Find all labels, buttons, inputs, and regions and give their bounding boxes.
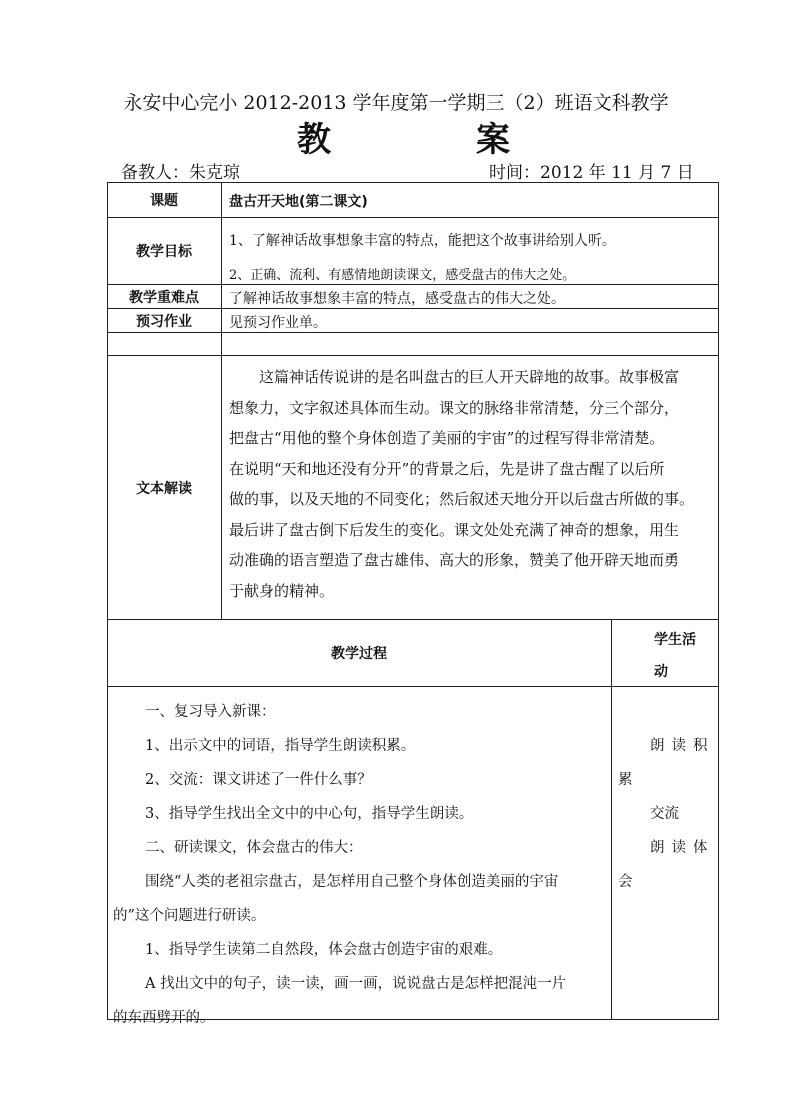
objective-2: 2、正确、流利、有感情地朗读课文，感受盘古的伟大之处。 xyxy=(229,264,575,283)
activity-line: 累 xyxy=(618,763,716,797)
student-activity-body: 朗读积 累 交流 朗读体 会 xyxy=(618,729,716,899)
text-line: 想象力，文字叙述具体而生动。课文的脉络非常清楚，分三个部分， xyxy=(229,393,713,424)
label-preview-homework: 预习作业 xyxy=(107,309,221,332)
document-title-char-1: 教 xyxy=(297,112,331,161)
process-line: 围绕“人类的老祖宗盘古，是怎样用自己整个身体创造美丽的宇宙 xyxy=(113,865,608,899)
text-line: 在说明“天和地还没有分开”的背景之后，先是讲了盘古醒了以后所 xyxy=(229,454,713,485)
process-line: 二、研读课文，体会盘古的伟大： xyxy=(113,831,608,865)
activity-line: 会 xyxy=(618,865,716,899)
process-line: 的东西劈开的。 xyxy=(113,1001,608,1035)
process-line: 3、指导学生找出全文中的中心句，指导学生朗读。 xyxy=(113,797,608,831)
process-line: 一、复习导入新课： xyxy=(113,695,608,729)
process-line: 1、指导学生读第二自然段，体会盘古创造宇宙的艰难。 xyxy=(113,933,608,967)
label-objectives: 教学目标 xyxy=(107,218,221,284)
text-analysis-paragraph: 这篇神话传说讲的是名叫盘古的巨人开天辟地的故事。故事极富 想象力，文字叙述具体而… xyxy=(229,362,713,606)
process-line: A 找出文中的句子，读一读，画一画，说说盘古是怎样把混沌一片 xyxy=(113,967,608,1001)
process-line: 1、出示文中的词语，指导学生朗读积累。 xyxy=(113,729,608,763)
document-title-char-2: 案 xyxy=(476,112,510,161)
process-line: 2、交流：课文讲述了一件什么事？ xyxy=(113,763,608,797)
preview-homework-value: 见预习作业单。 xyxy=(229,312,327,332)
student-activity-header: 学生活 动 xyxy=(612,624,718,688)
activity-line: 朗读体 xyxy=(618,831,716,865)
author-label: 备教人：朱克琼 xyxy=(121,158,240,183)
teaching-process-header: 教学过程 xyxy=(107,620,611,686)
topic-value: 盘古开天地(第二课文) xyxy=(229,191,368,211)
date-label: 时间：2012 年 11 月 7 日 xyxy=(489,158,694,183)
text-line: 动准确的语言塑造了盘古雄伟、高大的形象，赞美了他开辟天地而勇 xyxy=(229,545,713,576)
text-line: 于献身的精神。 xyxy=(229,576,713,607)
teaching-process-body: 一、复习导入新课： 1、出示文中的词语，指导学生朗读积累。 2、交流：课文讲述了… xyxy=(113,695,608,1035)
activity-line: 朗读积 xyxy=(618,729,716,763)
text-line: 最后讲了盘古倒下后发生的变化。课文处处充满了神奇的想象，用生 xyxy=(229,515,713,546)
table-col-divider xyxy=(221,182,222,620)
label-key-points: 教学重难点 xyxy=(107,285,221,308)
student-activity-header-line: 学生活 xyxy=(612,624,718,656)
label-topic: 课题 xyxy=(107,183,221,217)
key-points-value: 了解神话故事想象丰富的特点，感受盘古的伟大之处。 xyxy=(229,288,565,308)
document-subtitle: 永安中心完小 2012-2013 学年度第一学期三（2）班语文科教学 xyxy=(0,88,792,115)
label-text-analysis: 文本解读 xyxy=(107,356,221,619)
objective-1: 1、了解神话故事想象丰富的特点，能把这个故事讲给别人听。 xyxy=(229,230,616,250)
table-border-right xyxy=(718,182,719,1020)
text-line: 做的事，以及天地的不同变化；然后叙述天地分开以后盘古所做的事。 xyxy=(229,484,713,515)
student-activity-header-line: 动 xyxy=(612,656,718,688)
activity-line: 交流 xyxy=(618,797,716,831)
text-line: 把盘古“用他的整个身体创造了美丽的宇宙”的过程写得非常清楚。 xyxy=(229,423,713,454)
table-row-divider xyxy=(107,332,719,333)
text-line: 这篇神话传说讲的是名叫盘古的巨人开天辟地的故事。故事极富 xyxy=(229,362,713,393)
process-line: 的”这个问题进行研读。 xyxy=(113,899,608,933)
